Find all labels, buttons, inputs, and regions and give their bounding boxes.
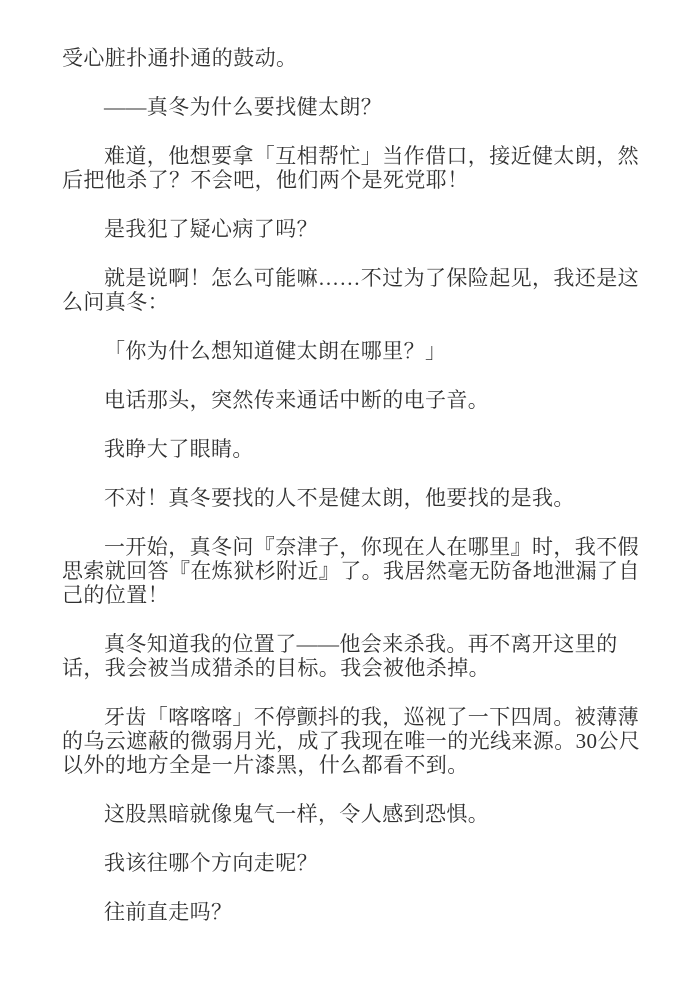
text-line: 话，我会被当成猎杀的目标。我会被他杀掉。 — [62, 656, 652, 680]
text-line: 真冬知道我的位置了——他会来杀我。再不离开这里的 — [62, 632, 652, 656]
text-line: 后把他杀了？不会吧，他们两个是死党耶！ — [62, 168, 652, 192]
text-line: 以外的地方全是一片漆黑，什么都看不到。 — [62, 753, 652, 777]
text-line: 牙齿「喀喀喀」不停颤抖的我，巡视了一下四周。被薄薄 — [62, 705, 652, 729]
paragraph: 「你为什么想知道健太朗在哪里？」 — [62, 339, 652, 363]
paragraph: 难道，他想要拿「互相帮忙」当作借口，接近健太朗，然后把他杀了？不会吧，他们两个是… — [62, 144, 652, 192]
text-line: 我睁大了眼睛。 — [62, 437, 652, 461]
paragraph: 我睁大了眼睛。 — [62, 437, 652, 461]
paragraph: ——真冬为什么要找健太朗？ — [62, 95, 652, 119]
paragraph: 就是说啊！怎么可能嘛……不过为了保险起见，我还是这么问真冬： — [62, 266, 652, 314]
paragraph: 一开始，真冬问『奈津子，你现在人在哪里』时，我不假思索就回答『在炼狱杉附近』了。… — [62, 535, 652, 607]
text-line: 往前直走吗？ — [62, 900, 652, 924]
paragraph: 真冬知道我的位置了——他会来杀我。再不离开这里的话，我会被当成猎杀的目标。我会被… — [62, 632, 652, 680]
text-line: 不对！真冬要找的人不是健太朗，他要找的是我。 — [62, 486, 652, 510]
text-line: ——真冬为什么要找健太朗？ — [62, 95, 652, 119]
text-line: 「你为什么想知道健太朗在哪里？」 — [62, 339, 652, 363]
paragraph: 不对！真冬要找的人不是健太朗，他要找的是我。 — [62, 486, 652, 510]
paragraph: 这股黑暗就像鬼气一样，令人感到恐惧。 — [62, 802, 652, 826]
novel-text-block: 受心脏扑通扑通的鼓动。——真冬为什么要找健太朗？难道，他想要拿「互相帮忙」当作借… — [62, 46, 652, 924]
document-page: 受心脏扑通扑通的鼓动。——真冬为什么要找健太朗？难道，他想要拿「互相帮忙」当作借… — [0, 0, 700, 992]
text-line: 么问真冬： — [62, 290, 652, 314]
text-line: 是我犯了疑心病了吗？ — [62, 217, 652, 241]
paragraph: 受心脏扑通扑通的鼓动。 — [62, 46, 652, 70]
text-line: 一开始，真冬问『奈津子，你现在人在哪里』时，我不假 — [62, 535, 652, 559]
text-line: 我该往哪个方向走呢？ — [62, 851, 652, 875]
paragraph: 我该往哪个方向走呢？ — [62, 851, 652, 875]
text-line: 难道，他想要拿「互相帮忙」当作借口，接近健太朗，然 — [62, 144, 652, 168]
paragraph: 是我犯了疑心病了吗？ — [62, 217, 652, 241]
text-line: 电话那头，突然传来通话中断的电子音。 — [62, 388, 652, 412]
text-line: 受心脏扑通扑通的鼓动。 — [62, 46, 652, 70]
text-line: 己的位置！ — [62, 583, 652, 607]
paragraph: 往前直走吗？ — [62, 900, 652, 924]
text-line: 这股黑暗就像鬼气一样，令人感到恐惧。 — [62, 802, 652, 826]
paragraph: 牙齿「喀喀喀」不停颤抖的我，巡视了一下四周。被薄薄的乌云遮蔽的微弱月光，成了我现… — [62, 705, 652, 777]
text-line: 的乌云遮蔽的微弱月光，成了我现在唯一的光线来源。30公尺 — [62, 729, 652, 753]
text-line: 就是说啊！怎么可能嘛……不过为了保险起见，我还是这 — [62, 266, 652, 290]
paragraph: 电话那头，突然传来通话中断的电子音。 — [62, 388, 652, 412]
text-line: 思索就回答『在炼狱杉附近』了。我居然毫无防备地泄漏了自 — [62, 559, 652, 583]
